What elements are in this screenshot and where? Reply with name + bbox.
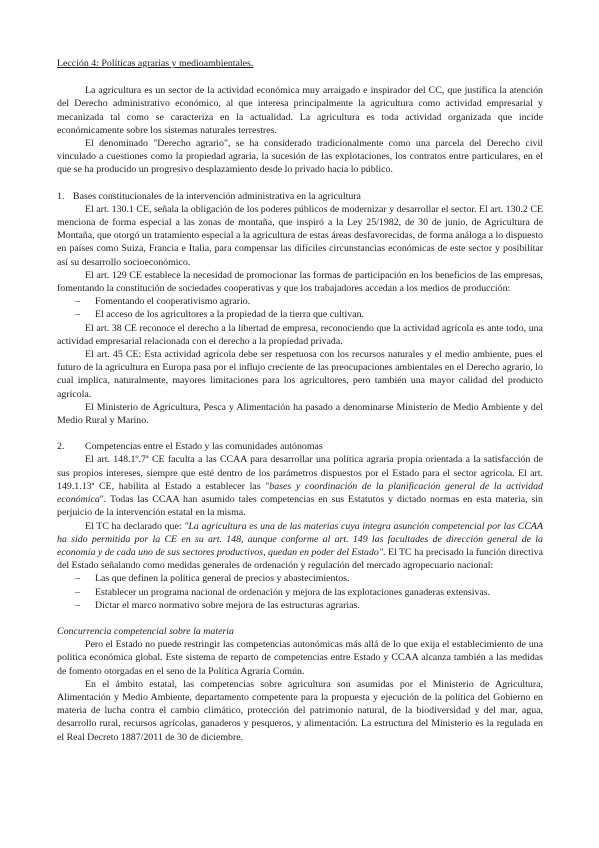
list-item: –Establecer un programa nacional de orde… xyxy=(57,586,543,599)
heading-text: Competencias entre el Estado y las comun… xyxy=(85,441,323,452)
paragraph-art-38: El art. 38 CE reconoce el derecho a la l… xyxy=(57,322,543,348)
section-2-heading: 2.Competencias entre el Estado y las com… xyxy=(57,440,543,453)
paragraph-ministerio: El Ministerio de Agricultura, Pesca y Al… xyxy=(57,401,543,427)
paragraph-tc-declaracion: El TC ha declarado que: "La agricultura … xyxy=(57,520,543,573)
paragraph-art-148: El art. 148.1º.7ª CE faculta a las CCAA … xyxy=(57,453,543,519)
dash-bullet: – xyxy=(75,308,95,321)
paragraph-art-129: El art. 129 CE establece la necesidad de… xyxy=(57,269,543,295)
heading-text: Bases constitucionales de la intervenció… xyxy=(73,191,361,202)
document-body: La agricultura es un sector de la activi… xyxy=(57,84,543,744)
list-item: –Fomentando el cooperativismo agrario. xyxy=(57,295,543,308)
state-measures-list: –Las que definen la política general de … xyxy=(57,572,543,612)
dash-bullet: – xyxy=(75,295,95,308)
list-item-text: El acceso de los agricultores a la propi… xyxy=(95,308,543,321)
section-1-heading: 1.Bases constitucionales de la intervenc… xyxy=(57,190,543,203)
dash-bullet: – xyxy=(75,599,95,612)
intro-paragraph-2: El denominado "Derecho agrario", se ha c… xyxy=(57,137,543,177)
text-run: El TC ha declarado que: xyxy=(85,521,184,532)
list-item: –El acceso de los agricultores a la prop… xyxy=(57,308,543,321)
paragraph-art-45: El art. 45 CE: Esta actividad agrícola d… xyxy=(57,348,543,401)
document-title: Lección 4: Políticas agrarias y medioamb… xyxy=(57,57,543,70)
concurrencia-subheading: Concurrencia competencial sobre la mater… xyxy=(57,625,543,638)
list-item: –Dictar el marco normativo sobre mejora … xyxy=(57,599,543,612)
dash-bullet: – xyxy=(75,572,95,585)
list-item-text: Las que definen la política general de p… xyxy=(95,572,543,585)
paragraph-art-130: El art. 130.1 CE, señala la obligación d… xyxy=(57,203,543,269)
list-item-text: Fomentando el cooperativismo agrario. xyxy=(95,295,543,308)
dash-bullet: – xyxy=(75,586,95,599)
heading-number: 2. xyxy=(57,440,85,453)
list-item-text: Establecer un programa nacional de orden… xyxy=(95,586,543,599)
list-item: –Las que definen la política general de … xyxy=(57,572,543,585)
paragraph-ambito-estatal: En el ámbito estatal, las competencias s… xyxy=(57,678,543,744)
document-page: Lección 4: Políticas agrarias y medioamb… xyxy=(0,0,599,848)
intro-paragraph-1: La agricultura es un sector de la activi… xyxy=(57,84,543,137)
production-access-list: –Fomentando el cooperativismo agrario.–E… xyxy=(57,295,543,321)
text-run: ". Todas las CCAA han asumido tales comp… xyxy=(57,494,543,518)
list-item-text: Dictar el marco normativo sobre mejora d… xyxy=(95,599,543,612)
heading-number: 1. xyxy=(57,190,73,203)
paragraph-pero-estado: Pero el Estado no puede restringir las c… xyxy=(57,638,543,678)
